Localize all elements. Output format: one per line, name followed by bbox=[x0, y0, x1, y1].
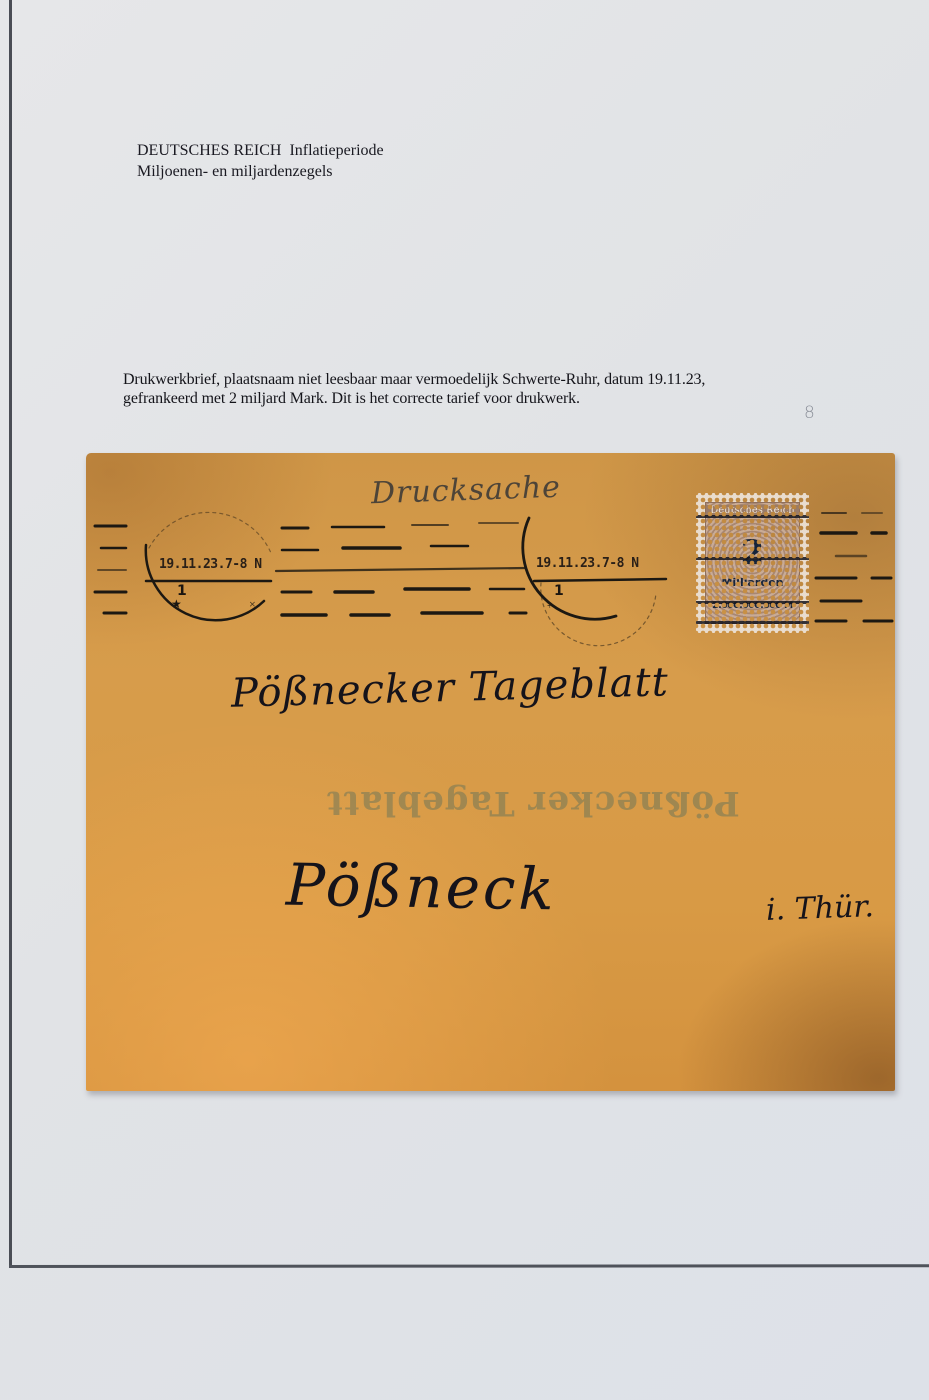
stamp-cancel-line bbox=[692, 557, 813, 560]
postmark-2-office: 1 bbox=[554, 583, 564, 599]
svg-text:+: + bbox=[547, 601, 553, 612]
address-region: i. Thür. bbox=[765, 889, 874, 928]
pencil-note-drucksache: Drucksache bbox=[370, 470, 561, 512]
page-heading: DEUTSCHES REICH Inflatieperiode Miljoene… bbox=[137, 140, 384, 182]
address-city: Pößneck bbox=[285, 851, 557, 924]
svg-text:★: ★ bbox=[171, 597, 182, 611]
svg-text:×: × bbox=[249, 597, 256, 611]
stamp-value: 2 bbox=[706, 533, 799, 573]
postmark-1-date: 19.11.23.7-8 N bbox=[159, 557, 262, 572]
description-line-2: gefrankeerd met 2 miljard Mark. Dit is h… bbox=[123, 389, 705, 408]
postmark-2-date: 19.11.23.7-8 N bbox=[536, 556, 639, 571]
stamp-value-word: Milliarden bbox=[706, 576, 799, 589]
sender-imprint-showthrough: Pößnecker Tageblatt bbox=[326, 783, 740, 823]
postage-stamp: Deutsches Reich 2 Milliarden 2.000.000.0… bbox=[696, 493, 809, 633]
page-border-left bbox=[9, 0, 12, 1268]
stamp-cancel-line bbox=[692, 621, 813, 624]
heading-title: DEUTSCHES REICH Inflatieperiode bbox=[137, 140, 384, 161]
description-line-1: Drukwerkbrief, plaatsnaam niet leesbaar … bbox=[123, 370, 705, 389]
stamp-design: Deutsches Reich 2 Milliarden 2.000.000.0… bbox=[705, 502, 800, 624]
heading-subtitle: Miljoenen- en miljardenzegels bbox=[137, 161, 384, 182]
page-border-bottom bbox=[9, 1264, 929, 1268]
stamp-cancel-line bbox=[692, 601, 813, 604]
item-description: Drukwerkbrief, plaatsnaam niet leesbaar … bbox=[123, 370, 705, 408]
page-number: 8 bbox=[804, 403, 815, 423]
stamp-cancel-line bbox=[692, 515, 813, 518]
postmark-1-office: 1 bbox=[177, 583, 187, 599]
cover-envelope: ★ × + 19.11.23.7-8 N 1 19.11.23.7-8 N 1 … bbox=[86, 453, 895, 1091]
